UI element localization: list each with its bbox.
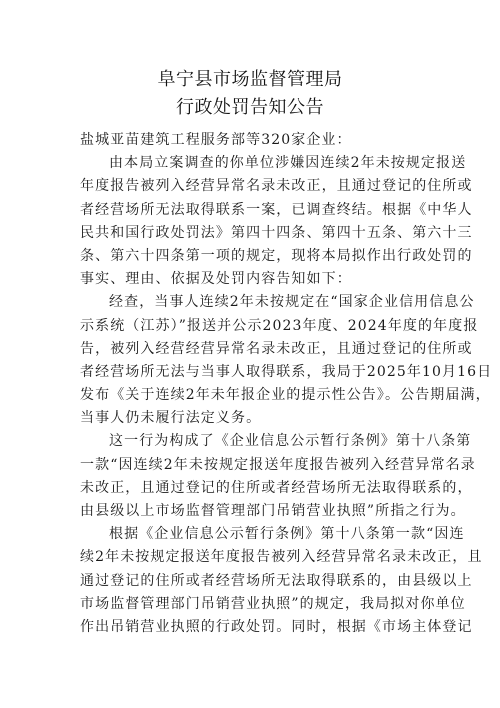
document-body: 盐城亚苗建筑工程服务部等320家企业： 由本局立案调查的你单位涉嫌因连续2年未按… [80, 129, 430, 639]
addressee-line: 盐城亚苗建筑工程服务部等320家企业： [80, 129, 430, 152]
body-line: 发布《关于连续2年未年报企业的提示性公告》。公告期届满， [80, 384, 430, 407]
document-title-agency: 阜宁县市场监督管理局 [0, 68, 500, 92]
body-line: 示系统（江苏）”报送并公示2023年度、2024年度的年度报 [80, 315, 430, 338]
body-line: 由县级以上市场监督管理部门吊销营业执照”所指之行为。 [80, 500, 430, 523]
body-line: 经查，当事人连续2年未按规定在“国家企业信用信息公 [80, 291, 430, 314]
body-line: 告，被列入经营经营异常名录未改正，且通过登记的住所或 [80, 338, 430, 361]
body-line: 由本局立案调查的你单位涉嫌因连续2年未按规定报送 [80, 152, 430, 175]
body-line: 当事人仍未履行法定义务。 [80, 407, 430, 430]
body-line: 根据《企业信息公示暂行条例》第十八条第一款“因连 [80, 523, 430, 546]
body-line: 市场监督管理部门吊销营业执照”的规定，我局拟对你单位 [80, 593, 430, 616]
body-line: 作出吊销营业执照的行政处罚。同时，根据《市场主体登记 [80, 616, 430, 639]
body-line: 事实、理由、依据及处罚内容告知如下： [80, 268, 430, 291]
body-line: 条、第六十四条第一项的规定，现将本局拟作出行政处罚的 [80, 245, 430, 268]
body-line: 一款“因连续2年未按规定报送年度报告被列入经营异常名录 [80, 454, 430, 477]
body-paragraphs: 由本局立案调查的你单位涉嫌因连续2年未按规定报送年度报告被列入经营异常名录未改正… [80, 152, 430, 639]
body-line: 民共和国行政处罚法》第四十四条、第四十五条、第六十三 [80, 222, 430, 245]
body-line: 未改正，且通过登记的住所或者经营场所无法取得联系的， [80, 477, 430, 500]
body-line: 年度报告被列入经营异常名录未改正，且通过登记的住所或 [80, 175, 430, 198]
body-line: 者经营场所无法与当事人取得联系，我局于2025年10月16日 [80, 361, 430, 384]
body-line: 通过登记的住所或者经营场所无法取得联系的，由县级以上 [80, 570, 430, 593]
document-page: 阜宁县市场监督管理局 行政处罚告知公告 盐城亚苗建筑工程服务部等320家企业： … [0, 0, 500, 708]
body-line: 续2年未按规定报送年度报告被列入经营异常名录未改正，且 [80, 546, 430, 569]
body-line: 者经营场所无法取得联系一案，已调查终结。根据《中华人 [80, 199, 430, 222]
body-line: 这一行为构成了《企业信息公示暂行条例》第十八条第 [80, 430, 430, 453]
document-title-notice: 行政处罚告知公告 [0, 96, 500, 120]
